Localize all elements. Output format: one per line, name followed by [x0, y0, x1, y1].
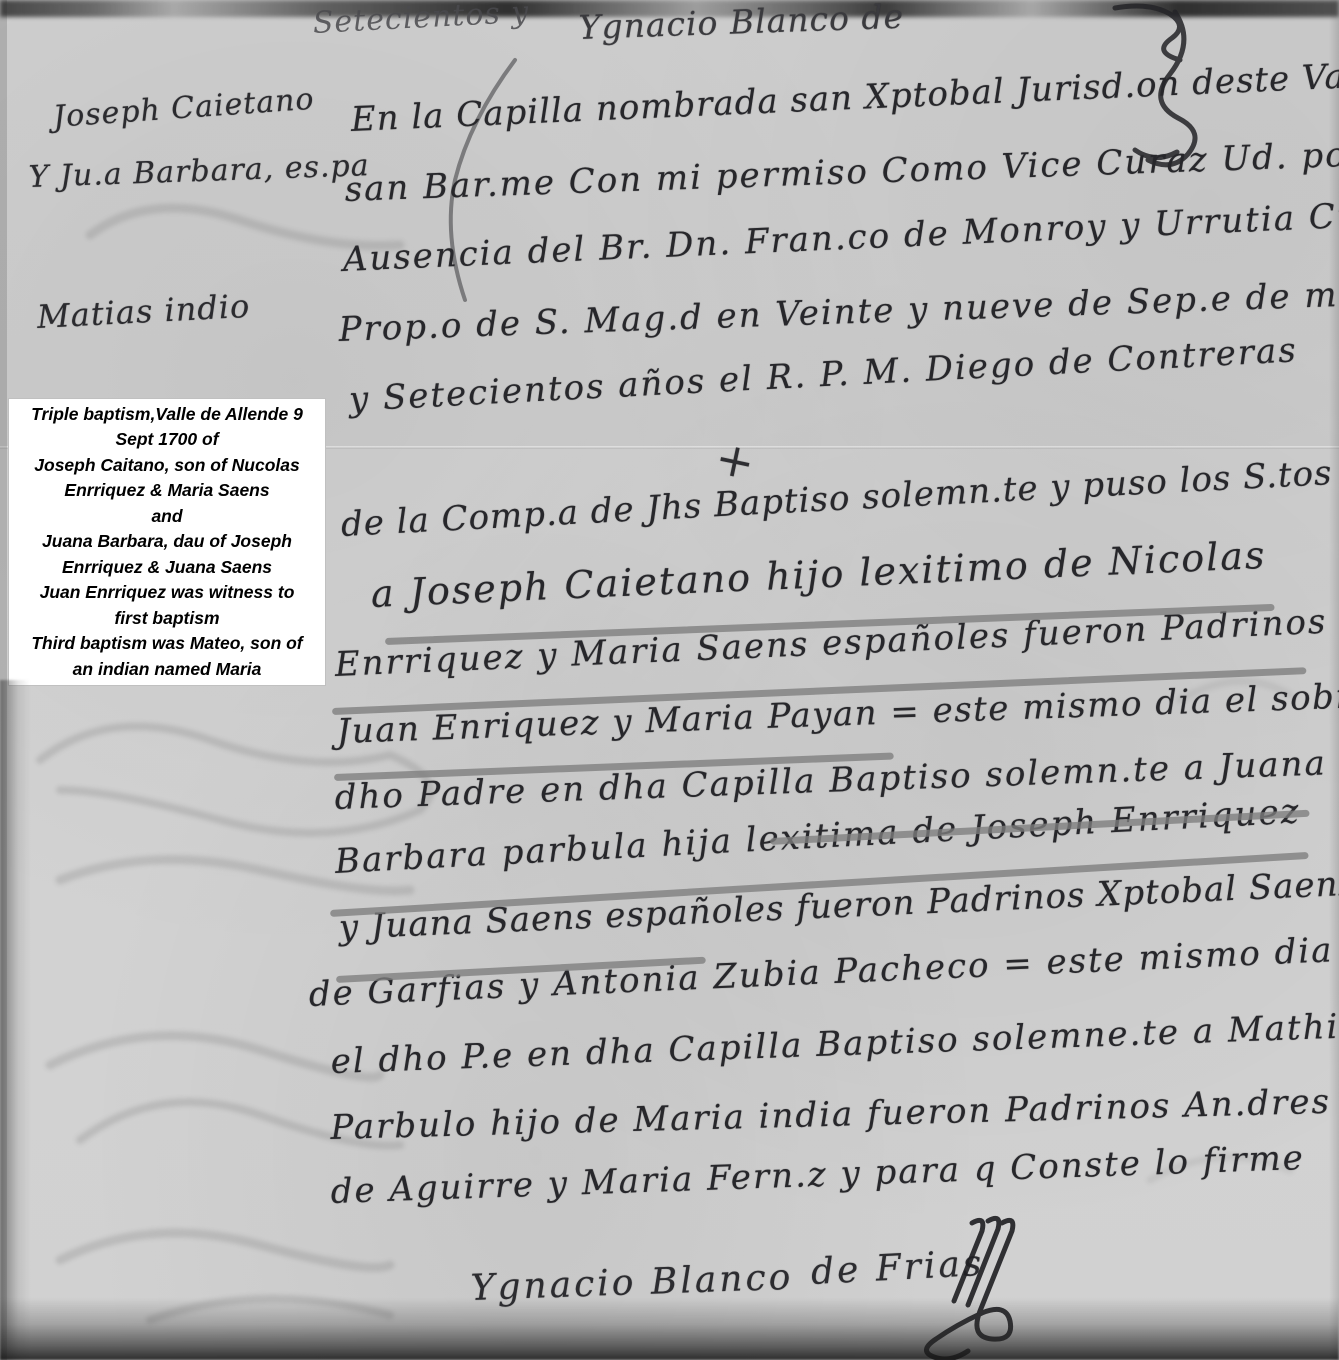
manuscript-line: a Joseph Caietano hijo lexitimo de Nicol…: [370, 533, 1267, 616]
scan-edge-bottom: [0, 1298, 1339, 1360]
annotation-line: and: [9, 504, 325, 530]
scan-edge-right: [1329, 0, 1339, 1360]
annotation-line: Juana Barbara, dau of Joseph: [9, 529, 325, 555]
annotation-line: Triple baptism,Valle de Allende 9: [9, 402, 325, 428]
annotation-line: Juan Enrriquez was witness to: [9, 580, 325, 606]
annotation-line: first baptism: [9, 606, 325, 632]
scanned-baptism-register-page: Setecientos y Ygnacio Blanco de Joseph C…: [0, 0, 1339, 1360]
bottom-signature-surname: de Frias: [810, 1243, 985, 1293]
annotation-line: Third baptism was Mateo, son of: [9, 631, 325, 657]
scan-edge-left-sliver: [0, 0, 7, 1360]
manuscript-line: Parbulo hijo de Maria india fueron Padri…: [330, 1082, 1331, 1148]
annotation-line: an indian named Maria: [9, 657, 325, 683]
annotation-line: Sept 1700 of: [9, 427, 325, 453]
annotation-line: Enrriquez & Maria Saens: [9, 478, 325, 504]
manuscript-line: de Aguirre y Maria Fern.z y para q Const…: [330, 1138, 1305, 1212]
annotation-overlay-box: Triple baptism,Valle de Allende 9 Sept 1…: [8, 398, 326, 686]
annotation-line: Joseph Caitano, son of Nucolas: [9, 453, 325, 479]
manuscript-line: el dho P.e en dha Capilla Baptiso solemn…: [330, 1005, 1339, 1082]
annotation-line: Enrriquez & Juana Saens: [9, 555, 325, 581]
manuscript-line: de la Comp.a de Jhs Baptiso solemn.te y …: [340, 447, 1339, 544]
